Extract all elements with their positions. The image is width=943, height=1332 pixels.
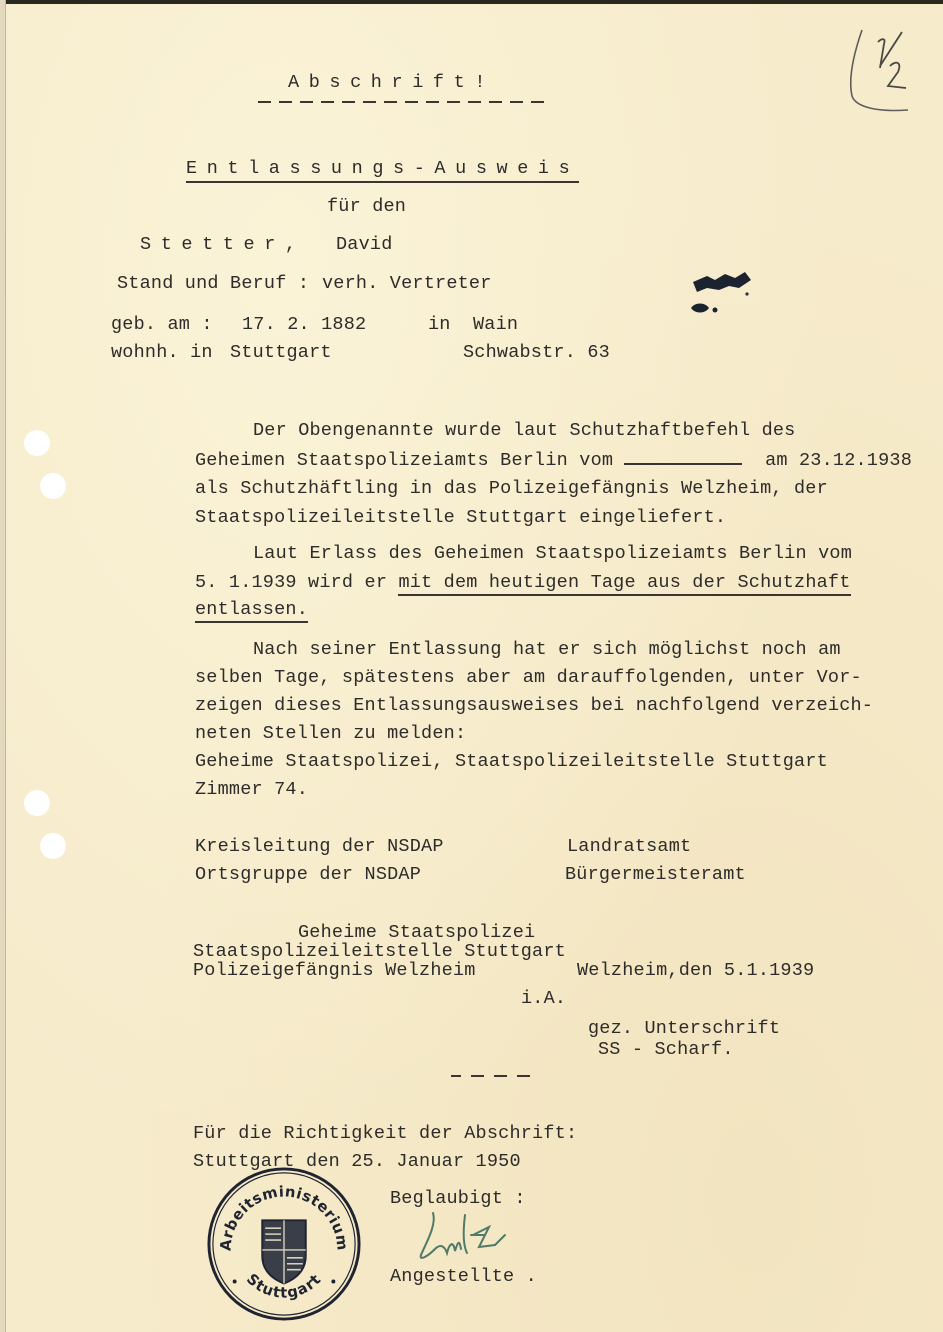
- paragraph-3-line: zeigen dieses Entlassungsausweises bei n…: [195, 695, 873, 717]
- signer-rank: SS - Scharf.: [598, 1039, 734, 1061]
- punch-hole: [40, 833, 66, 859]
- paragraph-3-line: selben Tage, spätestens aber am darauffo…: [195, 667, 862, 689]
- paragraph-1-line: als Schutzhäftling in das Polizeigefängn…: [195, 478, 828, 500]
- birth-date: 17. 2. 1882: [242, 314, 366, 336]
- signed-label: gez. Unterschrift: [588, 1018, 780, 1040]
- paragraph-3-line: Zimmer 74.: [195, 779, 308, 801]
- handwritten-signature-icon: [415, 1205, 515, 1265]
- paragraph-2-text: 5. 1.1939 wird er: [195, 572, 387, 593]
- paragraph-1-date: am 23.12.1938: [765, 450, 912, 471]
- paragraph-3-line: Nach seiner Entlassung hat er sich mögli…: [253, 639, 841, 661]
- on-behalf-label: i.A.: [521, 988, 566, 1010]
- punch-hole: [40, 473, 66, 499]
- official-stamp-seal: Arbeitsministerium Stuttgart: [205, 1165, 363, 1323]
- document-title: Entlassungs-Ausweis: [186, 158, 579, 183]
- ink-blot-mark: [685, 268, 760, 323]
- office-left: Ortsgruppe der NSDAP: [195, 864, 421, 886]
- document-page: Abschrift! Entlassungs-Ausweis für den S…: [0, 0, 943, 1332]
- release-word-underlined: entlassen.: [195, 599, 308, 623]
- paragraph-3-line: Geheime Staatspolizei, Staatspolizeileit…: [195, 751, 828, 773]
- person-given-name: David: [336, 234, 393, 256]
- issuer-line: Polizeigefängnis Welzheim: [193, 960, 476, 982]
- status-label: Stand und Beruf :: [117, 273, 309, 295]
- for-line: für den: [327, 196, 406, 218]
- status-value: verh. Vertreter: [322, 273, 492, 295]
- punch-hole: [24, 790, 50, 816]
- section-dash-rule: [451, 1075, 530, 1078]
- residence-city: Stuttgart: [230, 342, 332, 364]
- certification-line: Für die Richtigkeit der Abschrift:: [193, 1123, 577, 1145]
- birth-label: geb. am :: [111, 314, 213, 336]
- birth-place-label: in: [428, 314, 451, 336]
- paragraph-2-line: 5. 1.1939 wird er mit dem heutigen Tage …: [195, 572, 851, 594]
- person-surname: Stetter,: [140, 234, 306, 256]
- office-right: Bürgermeisteramt: [565, 864, 746, 886]
- paragraph-3-line: neten Stellen zu melden:: [195, 723, 466, 745]
- blank-date-field: [624, 449, 742, 465]
- punch-hole: [24, 430, 50, 456]
- paragraph-1-line: Staatspolizeileitstelle Stuttgart eingel…: [195, 507, 726, 529]
- scan-top-edge: [0, 0, 943, 4]
- residence-label: wohnh. in: [111, 342, 213, 364]
- residence-street: Schwabstr. 63: [463, 342, 610, 364]
- paragraph-1-line: Der Obengenannte wurde laut Schutzhaftbe…: [253, 420, 796, 442]
- paragraph-2-line: Laut Erlass des Geheimen Staatspolizeiam…: [253, 543, 852, 565]
- copy-heading: Abschrift!: [288, 72, 495, 94]
- issue-place-date: Welzheim,den 5.1.1939: [577, 960, 814, 982]
- office-left: Kreisleitung der NSDAP: [195, 836, 444, 858]
- paragraph-1-text: Geheimen Staatspolizeiamts Berlin vom: [195, 450, 613, 471]
- office-right: Landratsamt: [567, 836, 691, 858]
- heading-dash-rule: [258, 101, 544, 104]
- pencil-annotation-icon: [840, 8, 920, 118]
- scan-left-edge: [0, 0, 6, 1332]
- birth-place: Wain: [473, 314, 518, 336]
- employee-role: Angestellte .: [390, 1266, 537, 1288]
- release-phrase-underlined: mit dem heutigen Tage aus der Schutzhaft: [398, 572, 850, 596]
- paragraph-2-line: entlassen.: [195, 599, 308, 621]
- paragraph-1-line: Geheimen Staatspolizeiamts Berlin vom am…: [195, 449, 912, 472]
